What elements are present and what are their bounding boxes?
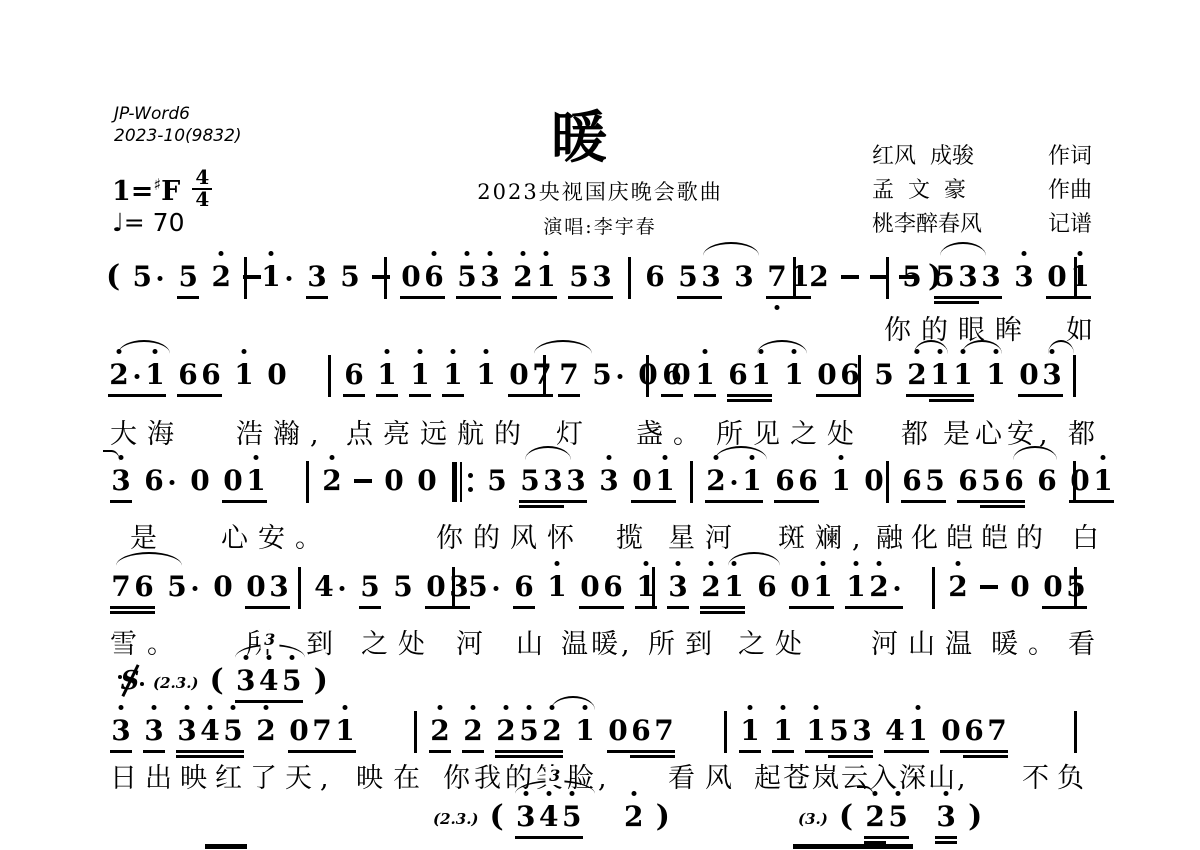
measure-chunk — [793, 260, 796, 299]
note-group: 03 — [1018, 358, 1063, 392]
note-digit: 4 — [884, 714, 906, 748]
barline — [384, 257, 387, 299]
lyric-segment: 看 — [1068, 622, 1105, 661]
note-digit: 0 — [416, 464, 438, 498]
note-group: 3 — [667, 570, 689, 604]
barline — [793, 257, 796, 299]
note-digit: 5 — [281, 664, 303, 698]
lyric-segment: 日出映红了天, — [110, 756, 337, 795]
note-digit: 6 — [797, 464, 819, 498]
measure-chunk: 216610 — [705, 464, 885, 498]
beam-underline — [343, 394, 365, 397]
note-digit: 5 — [131, 260, 153, 294]
note-digit: 7 — [653, 714, 675, 748]
beam-underline — [110, 611, 155, 614]
dash-sustain — [354, 479, 372, 483]
note-digit: 6 — [133, 570, 155, 604]
beam-underline — [429, 750, 451, 753]
repeat-thick-bar — [452, 462, 457, 502]
beam-underline — [409, 394, 431, 397]
octave-dot-above — [484, 349, 489, 354]
note-group: 3453 — [235, 664, 303, 698]
beam-underline — [359, 606, 381, 609]
note-digit: 5 — [934, 260, 956, 294]
lyric-segment: 盏。 — [636, 412, 710, 451]
measure-chunk: 1115341067 — [739, 714, 1008, 748]
note-group: 71 — [766, 260, 811, 294]
note-group: 7 — [558, 358, 580, 392]
tie-continuation — [103, 450, 120, 462]
note-group: 1 — [830, 464, 852, 498]
beam-underline — [442, 394, 464, 397]
note-digit: 4 — [199, 714, 221, 748]
dash-sustain — [372, 275, 390, 279]
octave-dot-above — [644, 561, 649, 566]
octave-dot-above — [231, 705, 236, 710]
note-digit: 1 — [750, 358, 772, 392]
measure-chunk — [384, 260, 387, 299]
note-digit: 5 — [222, 714, 244, 748]
volta-label: (2.3.) — [153, 674, 199, 692]
beam-underline — [727, 394, 772, 397]
note-digit: 3 — [565, 464, 587, 498]
credit-names: 孟 文 豪 — [872, 174, 966, 208]
note-digit: 6 — [602, 570, 624, 604]
note-group: 3 — [306, 260, 328, 294]
note-digit: 6 — [727, 358, 749, 392]
repeat-thin-bar — [460, 462, 462, 502]
barline — [414, 711, 417, 753]
octave-dot-above — [264, 705, 269, 710]
volta-label: (3.) — [798, 810, 828, 828]
note-group: 05 — [1042, 570, 1087, 604]
octave-dot-above — [488, 251, 493, 256]
lyric-segment: 不负 — [1022, 756, 1092, 795]
octave-dot-above — [583, 705, 588, 710]
octave-dot-above — [208, 705, 213, 710]
barline — [1073, 355, 1076, 397]
note-digit: 5 — [486, 464, 508, 498]
augmentation-dot — [189, 570, 201, 604]
note-group: 03 — [245, 570, 290, 604]
lyric-segment: 大海 — [110, 412, 184, 451]
barline — [646, 355, 649, 397]
octave-dot-above — [527, 705, 532, 710]
note-digit: 1 — [535, 260, 557, 294]
note-digit: 2 — [462, 714, 484, 748]
measure-chunk — [452, 464, 473, 502]
note-group: 6 — [644, 260, 666, 294]
note-group: 5 — [486, 464, 508, 498]
tie-slur — [703, 242, 759, 256]
segno-icon: S — [118, 666, 142, 696]
lyric-segment: 你的风怀 — [436, 516, 584, 555]
note-group: 0 — [189, 464, 211, 498]
beam-underline — [288, 750, 356, 753]
note-digit: 3 — [515, 800, 537, 834]
measure-chunk: 6161106 — [661, 358, 861, 392]
octave-dot-above — [663, 455, 668, 460]
note-digit: 3 — [143, 714, 165, 748]
note-digit: 3 — [667, 570, 689, 604]
augmentation-dot — [490, 570, 502, 604]
note-group: 1 — [442, 358, 464, 392]
beam-underline — [774, 500, 819, 503]
note-digit: 1 — [144, 358, 166, 392]
beam-underline — [513, 606, 535, 609]
note-digit: 5 — [359, 570, 381, 604]
octave-dot-above — [792, 349, 797, 354]
beam-underline — [245, 606, 290, 609]
note-group: 66 — [774, 464, 819, 498]
note-group: 1 — [546, 570, 568, 604]
beam-underline — [376, 394, 398, 397]
note-group: 2 — [462, 714, 484, 748]
beam-underline — [607, 750, 675, 753]
credit-role: 记谱 — [1048, 208, 1092, 242]
segno-dot — [118, 675, 122, 679]
note-digit: 4 — [538, 800, 560, 834]
measure-chunk: 06532153 — [400, 260, 613, 294]
note-digit: 3 — [110, 714, 132, 748]
beam-underline — [110, 606, 155, 609]
beam-underline — [177, 394, 222, 397]
note-digit: 1 — [830, 464, 852, 498]
note-group: 1 — [233, 358, 255, 392]
octave-dot-above — [385, 349, 390, 354]
note-group: 211 — [906, 358, 974, 392]
beam-underline — [495, 750, 563, 753]
note-digit: 1 — [654, 464, 676, 498]
note-digit: 5 — [677, 260, 699, 294]
lyric-segment: 星河 — [668, 516, 742, 555]
measure-chunk — [690, 464, 693, 503]
octave-dot-above — [1101, 455, 1106, 460]
note-group: 6 — [513, 570, 535, 604]
note-group: 3 — [1013, 260, 1035, 294]
lyric-segment: 之处 — [738, 622, 812, 661]
octave-dot-above — [956, 561, 961, 566]
note-group: 01 — [222, 464, 267, 498]
note-group: 071 — [288, 714, 356, 748]
note-digit: 1 — [546, 570, 568, 604]
note-digit: 5 — [568, 260, 590, 294]
note-digit: 6 — [756, 570, 778, 604]
beam-underline — [519, 500, 587, 503]
beam-underline — [176, 750, 244, 753]
note-group: 5 — [166, 570, 201, 604]
note-group: 2 — [429, 714, 451, 748]
note-digit: 0 — [816, 358, 838, 392]
note-group: 533 — [934, 260, 1002, 294]
note-digit: 6 — [957, 464, 979, 498]
measure-chunk — [652, 570, 655, 609]
beam-underline — [512, 296, 557, 299]
augmentation-dot — [154, 260, 166, 294]
measure-chunk — [646, 358, 649, 397]
parenthesis: ) — [656, 800, 670, 834]
lyric-segment: 山 — [516, 622, 553, 661]
note-digit: 5 — [456, 260, 478, 294]
note-digit: 1 — [929, 358, 951, 392]
note-digit: 1 — [574, 714, 596, 748]
note-group: 21 — [700, 570, 745, 604]
note-group: 5 — [131, 260, 166, 294]
octave-dot-above — [631, 791, 636, 796]
repeat-start-sign — [452, 462, 473, 502]
measure-chunk — [886, 464, 889, 503]
measure-chunk: 216610 — [108, 358, 288, 392]
note-digit: 3 — [957, 260, 979, 294]
measure-chunk — [244, 260, 247, 299]
measure-chunk: S(2.3.)(3453) — [118, 664, 328, 698]
note-digit: 7 — [766, 260, 788, 294]
measure-chunk: 65656601 — [901, 464, 1114, 498]
note-digit: 2 — [495, 714, 517, 748]
note-digit: 6 — [774, 464, 796, 498]
octave-dot-above — [916, 705, 921, 710]
note-group: 1 — [985, 358, 1007, 392]
barline — [1073, 461, 1076, 503]
note-digit: 5 — [828, 714, 850, 748]
measure-chunk: 5211103 — [873, 358, 1063, 392]
lyric-segment: 河 — [456, 622, 493, 661]
augmentation-dot — [728, 464, 740, 498]
parenthesis: ) — [314, 664, 328, 698]
triplet-number: 3 — [545, 766, 564, 785]
note-group: 01 — [789, 570, 834, 604]
beam-underline — [864, 836, 909, 839]
note-group: 6 — [1036, 464, 1058, 498]
beam-underline — [235, 700, 303, 703]
lyric-segment: 浩瀚, — [236, 412, 329, 451]
note-digit: 5 — [177, 260, 199, 294]
beam-underline — [425, 606, 470, 609]
lyric-segment: 到 — [306, 622, 343, 661]
note-digit: 0 — [1042, 570, 1064, 604]
lyric-segment: 白 — [1072, 516, 1109, 555]
measure-chunk — [328, 358, 331, 397]
lyric-segment: 如 — [1066, 308, 1103, 347]
barline — [932, 567, 935, 609]
beam-underline — [508, 394, 553, 397]
note-digit: 0 — [212, 570, 234, 604]
beam-underline — [667, 606, 689, 609]
note-group: 2 — [947, 570, 969, 604]
note-group: 0 — [1009, 570, 1031, 604]
sheet-page: JP-Word6 2023-10(9832) 暖 2023央视国庆晚会歌曲 演唱… — [0, 0, 1200, 850]
beam-underline — [558, 394, 580, 397]
tie-slur — [534, 340, 592, 354]
beam-underline — [677, 296, 722, 299]
note-group: 2 — [321, 464, 343, 498]
lyric-segment: 所到 — [648, 622, 722, 661]
note-group: 345 — [176, 714, 244, 748]
octave-dot-above — [709, 561, 714, 566]
tie-slur — [118, 340, 170, 354]
note-digit: 0 — [1046, 260, 1068, 294]
note-group: 1 — [376, 358, 398, 392]
note-digit: 1 — [376, 358, 398, 392]
octave-dot-above — [555, 561, 560, 566]
octave-dot-above — [877, 561, 882, 566]
measure-chunk: 6111107 — [343, 358, 553, 392]
beam-underline — [631, 500, 676, 503]
note-group: 06 — [579, 570, 624, 604]
note-digit: 0 — [631, 464, 653, 498]
note-digit: 0 — [508, 358, 530, 392]
beam-underline — [935, 841, 957, 844]
note-digit: 6 — [343, 358, 365, 392]
note-group: 0 — [383, 464, 405, 498]
note-digit: 5 — [392, 570, 414, 604]
octave-dot-above — [944, 791, 949, 796]
measure-chunk: 45503 — [313, 570, 470, 604]
measure-chunk — [886, 260, 889, 299]
measure-chunk — [1073, 358, 1076, 397]
note-group: 06 — [816, 358, 861, 392]
barline — [298, 567, 301, 609]
measure-chunk: 222521067 — [429, 714, 675, 748]
note-digit: 5 — [591, 358, 613, 392]
note-digit: 4 — [258, 664, 280, 698]
measure-chunk: 561061 — [467, 570, 657, 604]
note-digit: 1 — [741, 464, 763, 498]
note-group: 3 — [598, 464, 620, 498]
key-prefix: 1= — [112, 176, 153, 207]
beam-underline — [515, 836, 583, 839]
note-group: 6 — [756, 570, 778, 604]
note-digit: 0 — [288, 714, 310, 748]
beam-underline — [816, 394, 861, 397]
note-group: 21 — [512, 260, 557, 294]
octave-dot-above — [1022, 251, 1027, 256]
note-digit: 7 — [558, 358, 580, 392]
note-group: 41 — [884, 714, 929, 748]
octave-dot-above — [465, 251, 470, 256]
octave-dot-above — [814, 705, 819, 710]
key-letter: F — [161, 176, 180, 207]
octave-dot-above — [418, 349, 423, 354]
beam-underline — [1042, 606, 1087, 609]
note-digit: 7 — [531, 358, 553, 392]
note-group: 65 — [901, 464, 946, 498]
note-digit: 2 — [906, 358, 928, 392]
note-group: 1 — [772, 714, 794, 748]
beam-underline — [579, 606, 624, 609]
octave-dot-above — [703, 349, 708, 354]
octave-dot-above — [438, 705, 443, 710]
measure-chunk: (2.3.)(34532) — [433, 800, 670, 834]
note-group: 0 — [212, 570, 234, 604]
note-digit: 1 — [739, 714, 761, 748]
beam-underline — [222, 500, 267, 503]
octave-dot-above — [854, 561, 859, 566]
time-signature: 44 — [192, 168, 212, 209]
note-digit: 2 — [947, 570, 969, 604]
tempo-marking: ♩= 70 — [112, 208, 185, 237]
note-digit: 0 — [607, 714, 629, 748]
note-digit: 7 — [311, 714, 333, 748]
measure-chunk — [452, 570, 455, 609]
note-group: 21 — [108, 358, 166, 392]
barline — [543, 355, 546, 397]
octave-dot-below — [775, 305, 780, 310]
spacer — [594, 800, 612, 801]
lyric-segment: 雪。 — [110, 622, 184, 661]
note-group: 0 — [266, 358, 288, 392]
measure-chunk — [1074, 260, 1077, 299]
repeat-dots — [468, 473, 473, 492]
beam-underline — [963, 755, 1008, 758]
note-digit: 2 — [321, 464, 343, 498]
note-digit: 3 — [591, 260, 613, 294]
octave-dot-above — [152, 705, 157, 710]
beam-underline — [705, 500, 763, 503]
octave-dot-above — [994, 349, 999, 354]
sharp-icon: ♯ — [153, 175, 161, 194]
note-digit: 1 — [334, 714, 356, 748]
note-digit: 4 — [313, 570, 335, 604]
note-digit: 0 — [425, 570, 447, 604]
note-group: 3 — [110, 714, 132, 748]
beam-underline — [661, 394, 683, 397]
octave-dot-above — [432, 251, 437, 256]
parenthesis: ( — [490, 800, 504, 834]
barline — [1074, 567, 1077, 609]
octave-dot-above — [821, 561, 826, 566]
note-group: 3 — [935, 800, 957, 834]
credits-block: 红风 成骏 作词 孟 文 豪 作曲 桃李醉春风 记谱 — [872, 140, 1092, 242]
lyric-segment: 河山温 — [871, 622, 982, 661]
note-group: 2 — [808, 260, 830, 294]
barline — [724, 711, 727, 753]
beam-underline — [934, 301, 979, 304]
measure-chunk: 653371 — [644, 260, 811, 294]
note-group: 12 — [845, 570, 903, 604]
measure-chunk — [858, 358, 861, 397]
note-digit: 3 — [542, 464, 564, 498]
note-digit: 5 — [980, 464, 1002, 498]
note-group: 01 — [1046, 260, 1091, 294]
note-digit: 1 — [245, 464, 267, 498]
beam-underline — [568, 296, 613, 299]
note-digit: 6 — [963, 714, 985, 748]
barline — [306, 461, 309, 503]
lyric-segment: 之处 — [361, 622, 435, 661]
note-group: 1 — [260, 260, 295, 294]
note-group: 1 — [783, 358, 805, 392]
measure-chunk — [932, 570, 935, 609]
note-digit: 1 — [845, 570, 867, 604]
note-digit: 6 — [901, 464, 923, 498]
note-digit: 6 — [513, 570, 535, 604]
beam-underline — [772, 750, 794, 753]
note-group: 6 — [143, 464, 178, 498]
note-group: 5 — [467, 570, 502, 604]
note-digit: 2 — [808, 260, 830, 294]
note-group: 0 — [416, 464, 438, 498]
note-digit: 2 — [864, 800, 886, 834]
beam-underline — [940, 750, 1008, 753]
note-digit: 1 — [475, 358, 497, 392]
measure-chunk: 765003 — [110, 570, 290, 604]
beam-underline — [805, 750, 873, 753]
note-group: 3 — [143, 714, 165, 748]
beam-underline — [700, 611, 745, 614]
note-group: 067 — [940, 714, 1008, 748]
note-digit: 0 — [1018, 358, 1040, 392]
